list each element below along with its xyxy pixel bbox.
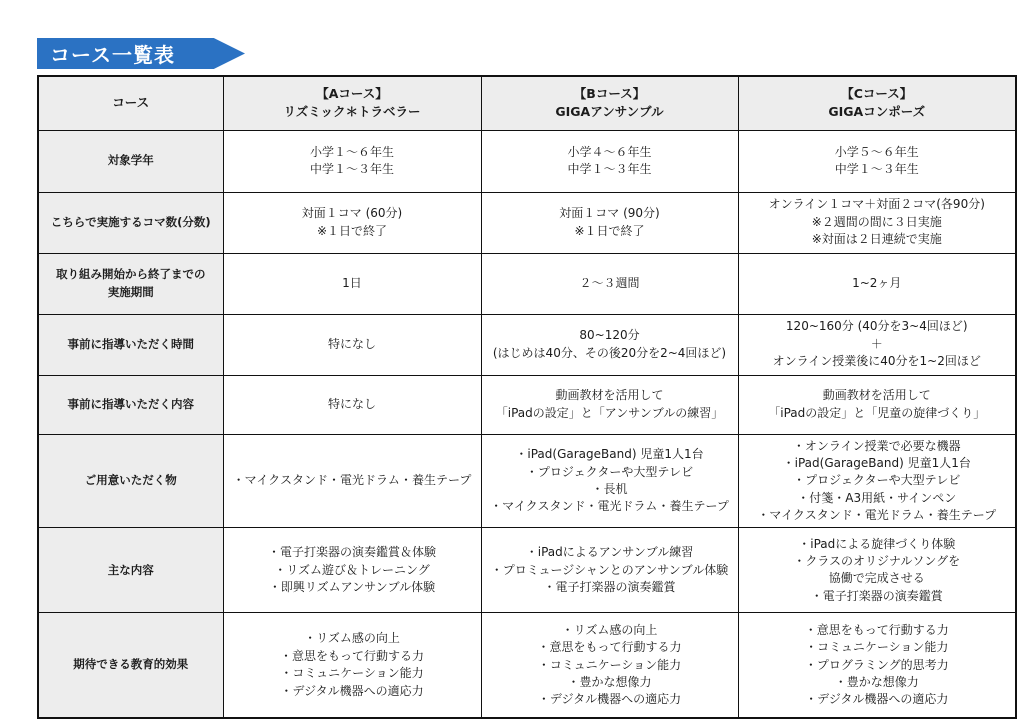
cell-line: 中学１〜３年生 xyxy=(229,161,476,178)
cell-line: 「iPadの設定」と「アンサンブルの練習」 xyxy=(487,405,733,422)
cell-line: ・オンライン授業で必要な機器 xyxy=(744,438,1011,455)
data-cell-c: ・オンライン授業で必要な機器・iPad(GarageBand) 児童1人1台・プ… xyxy=(738,434,1016,528)
cell-line: 【Bコース】 xyxy=(487,85,733,104)
header-course-b: 【Bコース】GIGAアンサンブル xyxy=(481,76,738,130)
cell-line: ・コミュニケーション能力 xyxy=(744,639,1011,656)
cell-line: ・iPad(GarageBand) 児童1人1台 xyxy=(744,455,1011,472)
cell-line: コース xyxy=(44,94,218,113)
table-row: ご用意いただく物・マイクスタンド・電光ドラム・養生テープ・iPad(Garage… xyxy=(38,434,1016,528)
cell-line: ※１日で終了 xyxy=(487,223,733,240)
data-cell-b: ・リズム感の向上・意思をもって行動する力・コミュニケーション能力・豊かな想像力・… xyxy=(481,613,738,718)
cell-line: 期待できる教育的効果 xyxy=(44,656,218,674)
cell-line: 120~160分 (40分を3~4回ほど) xyxy=(744,318,1011,335)
data-cell-a: 小学１〜６年生中学１〜３年生 xyxy=(223,130,481,192)
data-cell-a: 特になし xyxy=(223,375,481,434)
table-row: 取り組み開始から終了までの実施期間1日２〜３週間1~2ヶ月 xyxy=(38,253,1016,314)
data-cell-a: ・マイクスタンド・電光ドラム・養生テープ xyxy=(223,434,481,528)
cell-line: ・意思をもって行動する力 xyxy=(229,648,476,665)
cell-line: 取り組み開始から終了までの xyxy=(44,266,218,284)
cell-line: ・電子打楽器の演奏鑑賞 xyxy=(487,579,733,596)
cell-line: 小学５〜６年生 xyxy=(744,144,1011,161)
data-cell-a: ・電子打楽器の演奏鑑賞＆体験・リズム遊び＆トレーニング・即興リズムアンサンブル体… xyxy=(223,528,481,613)
data-cell-c: ・iPadによる旋律づくり体験・クラスのオリジナルソングを協働で完成させる・電子… xyxy=(738,528,1016,613)
data-cell-c: 1~2ヶ月 xyxy=(738,253,1016,314)
page: コース一覧表 コース【Aコース】リズミック＊トラベラー【Bコース】GIGAアンサ… xyxy=(0,0,1024,724)
data-cell-a: 1日 xyxy=(223,253,481,314)
header-course-c: 【Cコース】GIGAコンポーズ xyxy=(738,76,1016,130)
cell-line: ・意思をもって行動する力 xyxy=(487,639,733,656)
cell-line: ・意思をもって行動する力 xyxy=(744,622,1011,639)
cell-line: 1日 xyxy=(229,275,476,292)
cell-line: ※１日で終了 xyxy=(229,223,476,240)
cell-line: ２〜３週間 xyxy=(487,275,733,292)
cell-line: ・コミュニケーション能力 xyxy=(229,665,476,682)
cell-line: ・即興リズムアンサンブル体験 xyxy=(229,579,476,596)
header-row: コース【Aコース】リズミック＊トラベラー【Bコース】GIGAアンサンブル【Cコー… xyxy=(38,76,1016,130)
cell-line: 動画教材を活用して xyxy=(744,387,1011,404)
page-title: コース一覧表 xyxy=(50,39,175,68)
row-label-cell: 対象学年 xyxy=(38,130,223,192)
header-course-a: 【Aコース】リズミック＊トラベラー xyxy=(223,76,481,130)
data-cell-b: ２〜３週間 xyxy=(481,253,738,314)
cell-line: こちらで実施するコマ数(分数) xyxy=(44,214,218,232)
table-row: こちらで実施するコマ数(分数)対面１コマ (60分)※１日で終了対面１コマ (9… xyxy=(38,192,1016,253)
cell-line: 中学１〜３年生 xyxy=(487,161,733,178)
row-label-cell: 期待できる教育的効果 xyxy=(38,613,223,718)
cell-line: 小学１〜６年生 xyxy=(229,144,476,161)
data-cell-a: ・リズム感の向上・意思をもって行動する力・コミュニケーション能力・デジタル機器へ… xyxy=(223,613,481,718)
table-row: 事前に指導いただく時間特になし80~120分(はじめは40分、その後20分を2~… xyxy=(38,314,1016,375)
cell-line: ・デジタル機器への適応力 xyxy=(487,691,733,708)
cell-line: ・iPadによる旋律づくり体験 xyxy=(744,536,1011,553)
cell-line: 【Aコース】 xyxy=(229,85,476,104)
table-row: 主な内容・電子打楽器の演奏鑑賞＆体験・リズム遊び＆トレーニング・即興リズムアンサ… xyxy=(38,528,1016,613)
cell-line: ・マイクスタンド・電光ドラム・養生テープ xyxy=(487,498,733,515)
data-cell-c: ・意思をもって行動する力・コミュニケーション能力・プログラミング的思考力・豊かな… xyxy=(738,613,1016,718)
cell-line: ・プロミュージシャンとのアンサンブル体験 xyxy=(487,562,733,579)
row-label-cell: こちらで実施するコマ数(分数) xyxy=(38,192,223,253)
data-cell-b: ・iPadによるアンサンブル練習・プロミュージシャンとのアンサンブル体験・電子打… xyxy=(481,528,738,613)
cell-line: オンライン授業後に40分を1~2回ほど xyxy=(744,353,1011,370)
cell-line: 80~120分 xyxy=(487,327,733,344)
header-label-cell: コース xyxy=(38,76,223,130)
cell-line: 対面１コマ (90分) xyxy=(487,205,733,222)
data-cell-b: ・iPad(GarageBand) 児童1人1台・プロジェクターや大型テレビ・長… xyxy=(481,434,738,528)
cell-line: (はじめは40分、その後20分を2~4回ほど) xyxy=(487,345,733,362)
table-row: 事前に指導いただく内容特になし動画教材を活用して「iPadの設定」と「アンサンブ… xyxy=(38,375,1016,434)
cell-line: ・クラスのオリジナルソングを xyxy=(744,553,1011,570)
cell-line: 対面１コマ (60分) xyxy=(229,205,476,222)
cell-line: リズミック＊トラベラー xyxy=(229,103,476,122)
data-cell-a: 対面１コマ (60分)※１日で終了 xyxy=(223,192,481,253)
cell-line: 対象学年 xyxy=(44,152,218,170)
cell-line: 特になし xyxy=(229,396,476,413)
data-cell-c: 動画教材を活用して「iPadの設定」と「児童の旋律づくり」 xyxy=(738,375,1016,434)
table-row: 対象学年小学１〜６年生中学１〜３年生小学４〜６年生中学１〜３年生小学５〜６年生中… xyxy=(38,130,1016,192)
cell-line: 主な内容 xyxy=(44,562,218,580)
cell-line: ・マイクスタンド・電光ドラム・養生テープ xyxy=(229,472,476,489)
page-title-banner: コース一覧表 xyxy=(37,38,245,69)
cell-line: ・リズム感の向上 xyxy=(229,630,476,647)
cell-line: GIGAコンポーズ xyxy=(744,103,1011,122)
cell-line: オンライン１コマ＋対面２コマ(各90分) xyxy=(744,196,1011,213)
cell-line: ＋ xyxy=(744,336,1011,353)
cell-line: ・プロジェクターや大型テレビ xyxy=(744,472,1011,489)
cell-line: ・付箋・A3用紙・サインペン xyxy=(744,490,1011,507)
course-comparison-table: コース【Aコース】リズミック＊トラベラー【Bコース】GIGAアンサンブル【Cコー… xyxy=(37,75,1017,719)
data-cell-b: 小学４〜６年生中学１〜３年生 xyxy=(481,130,738,192)
cell-line: ・リズム遊び＆トレーニング xyxy=(229,562,476,579)
cell-line: ・豊かな想像力 xyxy=(487,674,733,691)
cell-line: 小学４〜６年生 xyxy=(487,144,733,161)
cell-line: ・デジタル機器への適応力 xyxy=(744,691,1011,708)
data-cell-a: 特になし xyxy=(223,314,481,375)
cell-line: ・リズム感の向上 xyxy=(487,622,733,639)
data-cell-c: 小学５〜６年生中学１〜３年生 xyxy=(738,130,1016,192)
cell-line: ・コミュニケーション能力 xyxy=(487,657,733,674)
cell-line: ・iPad(GarageBand) 児童1人1台 xyxy=(487,446,733,463)
table-header: コース【Aコース】リズミック＊トラベラー【Bコース】GIGAアンサンブル【Cコー… xyxy=(38,76,1016,130)
data-cell-b: 動画教材を活用して「iPadの設定」と「アンサンブルの練習」 xyxy=(481,375,738,434)
data-cell-b: 80~120分(はじめは40分、その後20分を2~4回ほど) xyxy=(481,314,738,375)
cell-line: 動画教材を活用して xyxy=(487,387,733,404)
cell-line: ・iPadによるアンサンブル練習 xyxy=(487,544,733,561)
cell-line: 事前に指導いただく時間 xyxy=(44,336,218,354)
cell-line: 協働で完成させる xyxy=(744,570,1011,587)
cell-line: ・豊かな想像力 xyxy=(744,674,1011,691)
cell-line: ・プログラミング的思考力 xyxy=(744,657,1011,674)
row-label-cell: 主な内容 xyxy=(38,528,223,613)
row-label-cell: 事前に指導いただく時間 xyxy=(38,314,223,375)
data-cell-c: 120~160分 (40分を3~4回ほど)＋オンライン授業後に40分を1~2回ほ… xyxy=(738,314,1016,375)
cell-line: 「iPadの設定」と「児童の旋律づくり」 xyxy=(744,405,1011,422)
data-cell-b: 対面１コマ (90分)※１日で終了 xyxy=(481,192,738,253)
cell-line: GIGAアンサンブル xyxy=(487,103,733,122)
row-label-cell: 事前に指導いただく内容 xyxy=(38,375,223,434)
cell-line: 中学１〜３年生 xyxy=(744,161,1011,178)
cell-line: ・電子打楽器の演奏鑑賞＆体験 xyxy=(229,544,476,561)
cell-line: ・長机 xyxy=(487,481,733,498)
table-row: 期待できる教育的効果・リズム感の向上・意思をもって行動する力・コミュニケーション… xyxy=(38,613,1016,718)
cell-line: ご用意いただく物 xyxy=(44,472,218,490)
cell-line: 1~2ヶ月 xyxy=(744,275,1011,292)
cell-line: 特になし xyxy=(229,336,476,353)
row-label-cell: ご用意いただく物 xyxy=(38,434,223,528)
cell-line: ・電子打楽器の演奏鑑賞 xyxy=(744,588,1011,605)
cell-line: ・マイクスタンド・電光ドラム・養生テープ xyxy=(744,507,1011,524)
data-cell-c: オンライン１コマ＋対面２コマ(各90分)※２週間の間に３日実施※対面は２日連続で… xyxy=(738,192,1016,253)
cell-line: ・デジタル機器への適応力 xyxy=(229,683,476,700)
row-label-cell: 取り組み開始から終了までの実施期間 xyxy=(38,253,223,314)
cell-line: 事前に指導いただく内容 xyxy=(44,396,218,414)
cell-line: ・プロジェクターや大型テレビ xyxy=(487,464,733,481)
cell-line: ※２週間の間に３日実施 xyxy=(744,214,1011,231)
cell-line: 【Cコース】 xyxy=(744,85,1011,104)
cell-line: ※対面は２日連続で実施 xyxy=(744,231,1011,248)
cell-line: 実施期間 xyxy=(44,284,218,302)
table-body: 対象学年小学１〜６年生中学１〜３年生小学４〜６年生中学１〜３年生小学５〜６年生中… xyxy=(38,130,1016,718)
